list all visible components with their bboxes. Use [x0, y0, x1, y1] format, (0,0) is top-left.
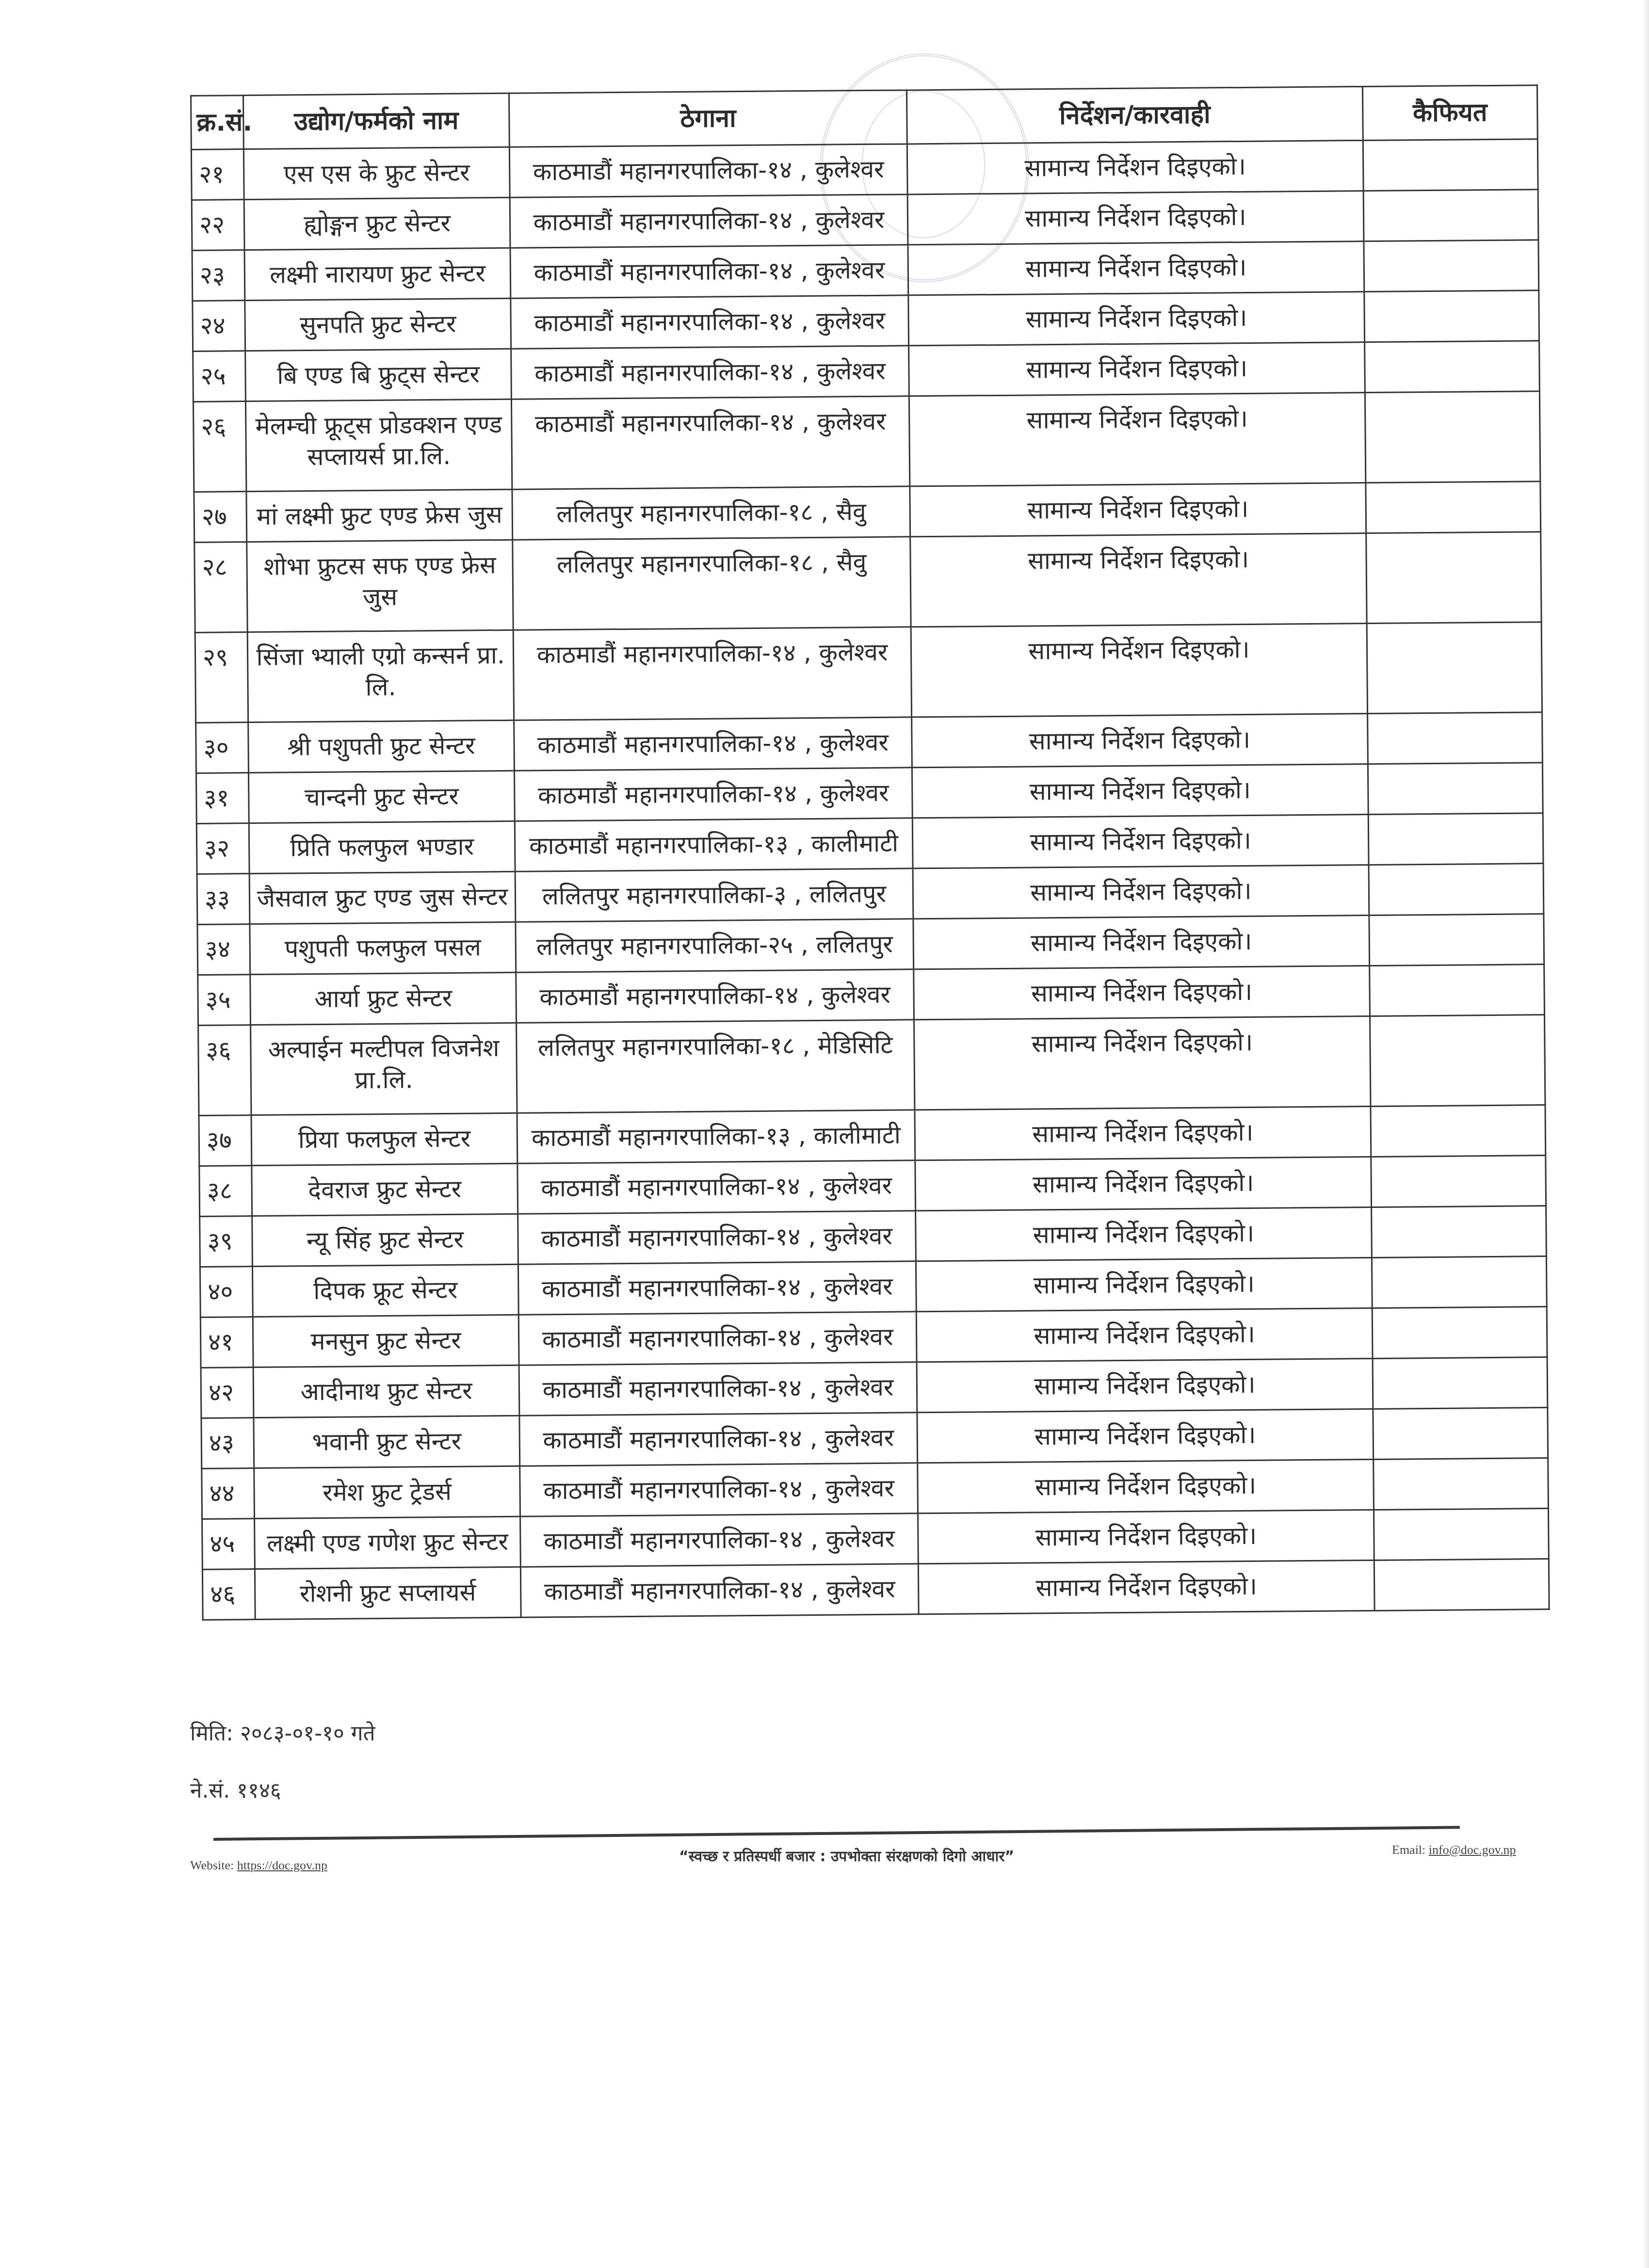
cell-firm-name: न्यू सिंह फ्रुट सेन्टर [252, 1214, 518, 1266]
cell-firm-name: श्री पशुपती फ्रुट सेन्टर [248, 720, 515, 772]
cell-action: सामान्य निर्देशन दिइएको। [912, 713, 1368, 767]
cell-address: काठमाडौं महानगरपालिका-१४ , कुलेश्वर [514, 717, 912, 771]
cell-address: काठमाडौं महानगरपालिका-१४ , कुलेश्वर [514, 768, 912, 821]
cell-serial-number: ४३ [201, 1418, 254, 1469]
cell-action: सामान्य निर्देशन दिइएको। [916, 1207, 1372, 1261]
nepal-sambat-year: ने.सं. ११४६ [190, 1775, 281, 1804]
cell-remarks [1374, 1559, 1549, 1611]
cell-remarks [1374, 1509, 1549, 1560]
cell-firm-name: दिपक फ्रूट सेन्टर [252, 1264, 518, 1317]
cell-address: काठमाडौं महानगरपालिका-१४ , कुलेश्वर [511, 396, 909, 489]
cell-firm-name: जैसवाल फ्रुट एण्ड जुस सेन्टर [249, 871, 516, 924]
cell-serial-number: २९ [195, 632, 248, 723]
cell-firm-name: आदीनाथ फ्रुट सेन्टर [253, 1365, 519, 1417]
cell-firm-name: सुनपति फ्रुट सेन्टर [245, 298, 511, 351]
cell-action: सामान्य निर्देशन दिइएको। [910, 483, 1366, 536]
cell-address: ललितपुर महानगरपालिका-१८ , सैवु [512, 486, 910, 540]
table-row: २९सिंजा भ्याली एग्रो कन्सर्न प्रा. लि.का… [195, 622, 1542, 723]
cell-remarks [1363, 139, 1538, 191]
cell-address: काठमाडौं महानगरपालिका-१४ , कुलेश्वर [510, 245, 908, 298]
cell-firm-name: ह्योङ्गन फ्रुट सेन्टर [244, 197, 510, 250]
cell-address: ललितपुर महानगरपालिका-१८ , सैवु [513, 537, 911, 630]
email-link[interactable]: info@doc.gov.np [1429, 1843, 1516, 1857]
cell-address: काठमाडौं महानगरपालिका-१४ , कुलेश्वर [520, 1463, 918, 1516]
header-firm-name: उद्योग/फर्मको नाम [243, 93, 510, 149]
cell-remarks [1373, 1408, 1548, 1460]
cell-action: सामान्य निर्देशन दिइएको। [907, 141, 1363, 194]
cell-firm-name: लक्ष्मी एण्ड गणेश फ्रुट सेन्टर [255, 1516, 521, 1569]
table-row: ३६अल्पाईन मल्टीपल विजनेश प्रा.लि.ललितपुर… [198, 1015, 1545, 1116]
cell-action: सामान्य निर्देशन दिइएको। [916, 1308, 1373, 1362]
cell-firm-name: लक्ष्मी नारायण फ्रुट सेन्टर [244, 248, 511, 300]
cell-address: काठमाडौं महानगरपालिका-१४ , कुलेश्वर [511, 346, 909, 399]
cell-firm-name: सिंजा भ्याली एग्रो कन्सर्न प्रा. लि. [247, 630, 514, 722]
cell-address: काठमाडौं महानगरपालिका-१४ , कुलेश्वर [518, 1312, 917, 1365]
website-label: Website: [190, 1858, 234, 1872]
cell-address: काठमाडौं महानगरपालिका-१४ , कुलेश्वर [510, 194, 908, 248]
cell-address: काठमाडौं महानगरपालिका-१४ , कुलेश्वर [520, 1513, 919, 1567]
cell-serial-number: ४५ [202, 1519, 255, 1570]
cell-firm-name: शोभा फ्रुटस सफ एण्ड फ्रेस जुस [247, 540, 513, 632]
cell-remarks [1364, 290, 1539, 342]
cell-firm-name: देवराज फ्रुट सेन्टर [252, 1163, 518, 1216]
cell-firm-name: पशुपती फलफुल पसल [250, 922, 516, 974]
cell-remarks [1368, 712, 1543, 764]
cell-firm-name: भवानी फ्रुट सेन्टर [254, 1415, 520, 1468]
cell-remarks [1374, 1458, 1549, 1510]
cell-firm-name: चान्दनी फ्रुट सेन्टर [248, 771, 515, 823]
cell-action: सामान्य निर्देशन दिइएको। [914, 965, 1370, 1019]
cell-serial-number: २४ [193, 301, 245, 352]
cell-firm-name: मेलम्ची फ्रूट्स प्रोडक्शन एण्ड सप्लायर्स… [245, 399, 512, 491]
footer-divider [213, 1826, 1460, 1841]
header-serial-number: क्र.सं. [191, 96, 244, 150]
cell-firm-name: एस एस के फ्रुट सेन्टर [243, 147, 510, 199]
cell-serial-number: ३८ [199, 1166, 252, 1217]
cell-serial-number: ३१ [196, 773, 249, 824]
footer-email: Email: info@doc.gov.np [1392, 1843, 1516, 1857]
cell-serial-number: ३५ [198, 975, 251, 1026]
cell-action: सामान्य निर्देशन दिइएको। [917, 1358, 1373, 1412]
cell-remarks [1366, 482, 1541, 533]
footer-slogan: “स्वच्छ र प्रतिस्पर्धी बजार : उपभोक्ता स… [679, 1846, 1014, 1866]
cell-remarks [1369, 864, 1544, 916]
cell-address: काठमाडौं महानगरपालिका-१४ , कुलेश्वर [520, 1564, 919, 1617]
cell-remarks [1370, 1015, 1545, 1107]
cell-action: सामान्य निर्देशन दिइएको। [910, 533, 1367, 627]
cell-address: काठमाडौं महानगरपालिका-१४ , कुलेश्वर [516, 969, 914, 1023]
cell-address: काठमाडौं महानगरपालिका-१४ , कुलेश्वर [509, 144, 907, 197]
cell-remarks [1367, 622, 1542, 714]
cell-action: सामान्य निर्देशन दिइएको। [914, 1016, 1371, 1110]
cell-address: काठमाडौं महानगरपालिका-१४ , कुलेश्वर [518, 1261, 916, 1315]
cell-serial-number: ४० [200, 1267, 253, 1318]
cell-action: सामान्य निर्देशन दिइएको। [915, 1157, 1372, 1210]
cell-firm-name: मां लक्ष्मी फ्रुट एण्ड फ्रेस जुस [246, 489, 513, 542]
cell-address: काठमाडौं महानगरपालिका-१३ , कालीमाटी [517, 1110, 915, 1163]
website-link[interactable]: https://doc.gov.np [237, 1858, 327, 1872]
cell-remarks [1363, 190, 1538, 241]
cell-remarks [1372, 1256, 1547, 1308]
table-row: २८शोभा फ्रुटस सफ एण्ड फ्रेस जुसललितपुर म… [194, 532, 1541, 633]
cell-serial-number: २८ [194, 542, 247, 633]
cell-action: सामान्य निर्देशन दिइएको। [913, 915, 1370, 969]
cell-action: सामान्य निर्देशन दिइएको। [917, 1409, 1374, 1463]
cell-action: सामान्य निर्देशन दिइएको। [908, 292, 1365, 346]
cell-remarks [1364, 240, 1539, 292]
cell-remarks [1366, 532, 1541, 624]
cell-remarks [1370, 965, 1545, 1016]
cell-action: सामान्य निर्देशन दिइएको। [918, 1560, 1374, 1614]
cell-firm-name: बि एण्ड बि फ्रुट्स सेन्टर [245, 349, 512, 401]
cell-action: सामान्य निर्देशन दिइएको। [909, 392, 1365, 486]
cell-address: ललितपुर महानगरपालिका-१८ , मेडिसिटि [517, 1020, 915, 1113]
cell-action: सामान्य निर्देशन दिइएको। [908, 241, 1364, 295]
cell-serial-number: २१ [191, 149, 244, 200]
cell-firm-name: रोशनी फ्रुट सप्लायर्स [255, 1567, 521, 1619]
cell-serial-number: २५ [193, 351, 246, 402]
cell-address: ललितपुर महानगरपालिका-२५ , ललितपुर [516, 919, 914, 972]
cell-remarks [1368, 763, 1543, 815]
cell-remarks [1369, 914, 1544, 966]
cell-serial-number: ४४ [202, 1468, 255, 1519]
cell-serial-number: ४१ [200, 1317, 253, 1368]
cell-firm-name: अल्पाईन मल्टीपल विजनेश प्रा.लि. [251, 1023, 517, 1115]
header-action: निर्देशन/कारवाही [906, 87, 1363, 144]
cell-action: सामान्य निर्देशन दिइएको। [918, 1459, 1374, 1513]
inspection-table: क्र.सं. उद्योग/फर्मको नाम ठेगाना निर्देश… [190, 84, 1550, 1621]
cell-serial-number: ३० [196, 723, 249, 773]
cell-remarks [1373, 1357, 1548, 1409]
document-date: मिति: २०८३-०१-१० गते [190, 1718, 375, 1747]
cell-action: सामान्य निर्देशन दिइएको। [916, 1257, 1372, 1311]
cell-address: काठमाडौं महानगरपालिका-१४ , कुलेश्वर [518, 1211, 916, 1264]
header-address: ठेगाना [509, 90, 907, 147]
cell-action: सामान्य निर्देशन दिइएको। [911, 623, 1367, 717]
cell-address: काठमाडौं महानगरपालिका-१४ , कुलेश्वर [511, 295, 909, 349]
cell-serial-number: ३६ [198, 1025, 251, 1116]
cell-serial-number: ३९ [200, 1216, 253, 1267]
cell-remarks [1368, 813, 1543, 865]
cell-firm-name: प्रिया फलफुल सेन्टर [251, 1113, 517, 1165]
cell-firm-name: मनसुन फ्रुट सेन्टर [253, 1315, 519, 1367]
cell-remarks [1365, 341, 1540, 393]
cell-remarks [1372, 1307, 1547, 1359]
cell-action: सामान्य निर्देशन दिइएको। [913, 865, 1369, 918]
cell-action: सामान्य निर्देशन दिइएको। [909, 342, 1365, 396]
cell-address: काठमाडौं महानगरपालिका-१३ , कालीमाटी [515, 818, 913, 871]
cell-action: सामान्य निर्देशन दिइएको। [907, 191, 1364, 245]
cell-serial-number: ४२ [201, 1367, 254, 1418]
cell-firm-name: प्रिति फलफुल भण्डार [249, 821, 515, 873]
table-row: ४६रोशनी फ्रुट सप्लायर्सकाठमाडौं महानगरपा… [202, 1559, 1549, 1620]
cell-action: सामान्य निर्देशन दिइएको। [912, 814, 1369, 868]
email-label: Email: [1392, 1843, 1425, 1857]
cell-address: काठमाडौं महानगरपालिका-१४ , कुलेश्वर [513, 627, 911, 720]
cell-serial-number: ४६ [202, 1569, 255, 1620]
cell-firm-name: आर्या फ्रुट सेन्टर [250, 972, 517, 1025]
cell-address: ललितपुर महानगरपालिका-३ , ललितपुर [515, 869, 913, 922]
header-remarks: कैफियत [1362, 85, 1537, 141]
table-header-row: क्र.सं. उद्योग/फर्मको नाम ठेगाना निर्देश… [191, 85, 1538, 150]
cell-remarks [1365, 391, 1540, 483]
cell-remarks [1372, 1206, 1547, 1258]
cell-address: काठमाडौं महानगरपालिका-१४ , कुलेश्वर [517, 1160, 916, 1214]
cell-serial-number: २३ [192, 250, 245, 301]
cell-serial-number: २६ [193, 402, 246, 492]
cell-remarks [1371, 1156, 1546, 1207]
cell-serial-number: ३३ [197, 874, 250, 925]
scan-page-edge [1642, 0, 1649, 2268]
cell-action: सामान्य निर्देशन दिइएको। [915, 1106, 1371, 1160]
cell-address: काठमाडौं महानगरपालिका-१४ , कुलेश्वर [519, 1362, 917, 1415]
table-row: २६मेलम्ची फ्रूट्स प्रोडक्शन एण्ड सप्लायर… [193, 391, 1540, 492]
cell-firm-name: रमेश फ्रुट ट्रेडर्स [254, 1466, 520, 1518]
cell-serial-number: ३२ [196, 823, 249, 874]
table-body: २१एस एस के फ्रुट सेन्टरकाठमाडौं महानगरपा… [191, 139, 1549, 1620]
cell-serial-number: २७ [194, 492, 247, 543]
cell-address: काठमाडौं महानगरपालिका-१४ , कुलेश्वर [519, 1413, 918, 1466]
cell-action: सामान्य निर्देशन दिइएको। [918, 1510, 1374, 1563]
cell-action: सामान्य निर्देशन दिइएको। [912, 764, 1368, 818]
cell-remarks [1371, 1105, 1546, 1157]
inspection-table-container: क्र.सं. उद्योग/फर्मको नाम ठेगाना निर्देश… [190, 84, 1549, 1621]
cell-serial-number: ३४ [197, 924, 250, 975]
footer-website: Website: https://doc.gov.np [190, 1858, 327, 1873]
cell-serial-number: ३७ [199, 1115, 252, 1166]
cell-serial-number: २२ [192, 200, 244, 251]
